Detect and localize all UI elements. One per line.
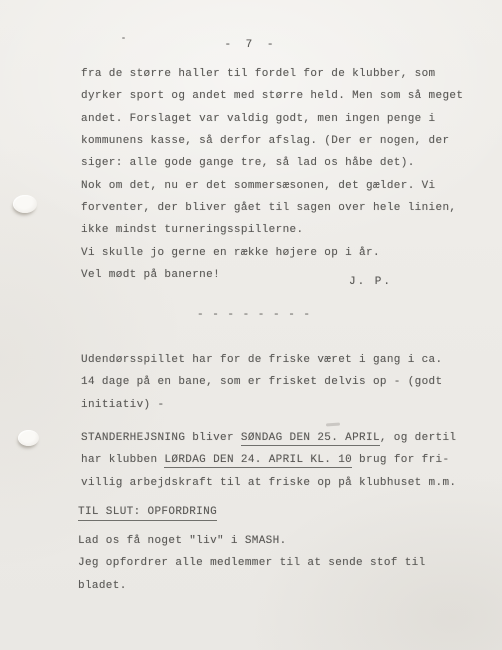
text-line: initiativ) -: [81, 394, 442, 416]
paragraph-intro: fra de større haller til fordel for de k…: [81, 63, 463, 286]
text-line: Lad os få noget "liv" i SMASH.: [78, 530, 426, 552]
paragraph-closing: Lad os få noget "liv" i SMASH. Jeg opfor…: [78, 530, 426, 597]
paragraph-outdoor-play: Udendørsspillet har for de friske været …: [81, 349, 442, 416]
separator-dashes: - - - - - - - -: [197, 309, 311, 321]
text-line: forventer, der bliver gået til sagen ove…: [81, 197, 463, 219]
text-line: Jeg opfordrer alle medlemmer til at send…: [78, 552, 426, 574]
hole-punch-bottom: [18, 430, 39, 446]
text-line: villig arbejdskraft til at friske op på …: [81, 472, 456, 494]
text-segment: STANDERHEJSNING bliver: [81, 432, 241, 444]
page-number: - 7 -: [0, 39, 502, 51]
text-segment: , og dertil: [380, 432, 456, 444]
text-line: andet. Forslaget var valdig godt, men in…: [81, 108, 463, 130]
paper-smudge: [326, 423, 340, 427]
underlined-date-sunday: SØNDAG DEN 25. APRIL: [241, 432, 380, 446]
text-line: kommunens kasse, så derfor afslag. (Der …: [81, 130, 463, 152]
text-line: har klubben LØRDAG DEN 24. APRIL KL. 10 …: [81, 449, 456, 471]
signature-initials: J. P.: [349, 276, 392, 288]
hole-punch-top: [13, 195, 37, 213]
text-line: dyrker sport og andet med større held. M…: [81, 85, 463, 107]
closing-heading: TIL SLUT: OPFORDRING: [78, 506, 217, 521]
text-segment: brug for fri-: [352, 454, 449, 466]
text-line: Vel mødt på banerne!: [81, 264, 463, 286]
paragraph-standerhejsning: STANDERHEJSNING bliver SØNDAG DEN 25. AP…: [81, 427, 456, 494]
text-line: ikke mindst turneringsspillerne.: [81, 219, 463, 241]
text-line: Udendørsspillet har for de friske været …: [81, 349, 442, 371]
text-line: STANDERHEJSNING bliver SØNDAG DEN 25. AP…: [81, 427, 456, 449]
text-line: Nok om det, nu er det sommersæsonen, det…: [81, 175, 463, 197]
text-segment: har klubben: [81, 454, 164, 466]
text-line: fra de større haller til fordel for de k…: [81, 63, 463, 85]
text-line: bladet.: [78, 575, 426, 597]
underlined-date-saturday: LØRDAG DEN 24. APRIL KL. 10: [164, 454, 352, 468]
typewritten-page: - 7 - fra de større haller til fordel fo…: [0, 0, 502, 650]
text-line: siger: alle gode gange tre, så lad os hå…: [81, 152, 463, 174]
text-line: 14 dage på en bane, som er frisket delvi…: [81, 371, 442, 393]
text-line: Vi skulle jo gerne en række højere op i …: [81, 242, 463, 264]
